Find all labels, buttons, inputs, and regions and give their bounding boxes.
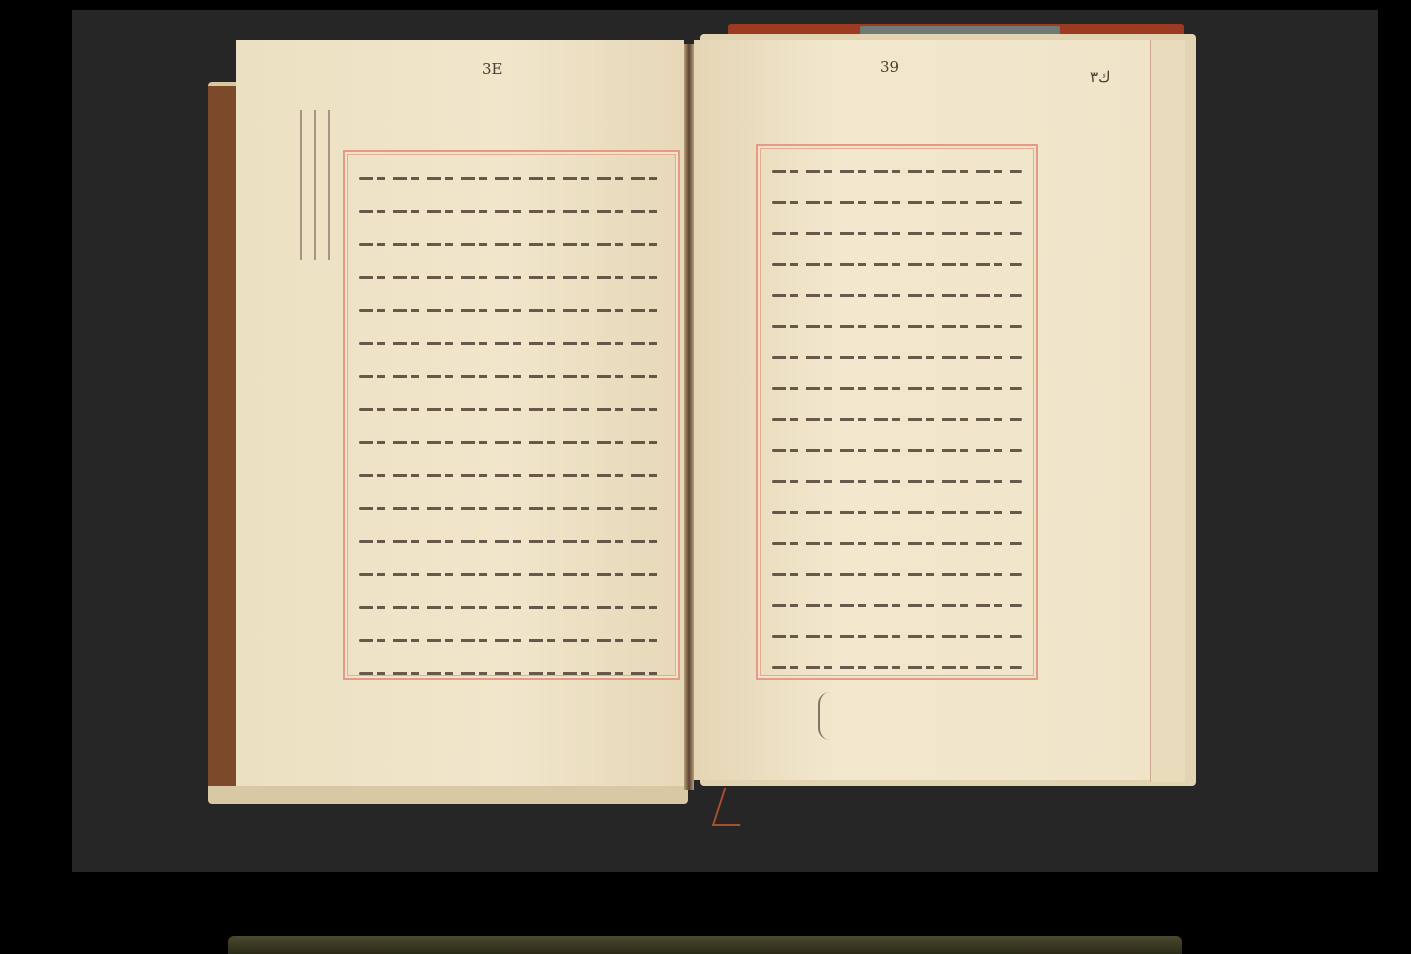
- left-stack-edge: [208, 86, 236, 786]
- manuscript-line: [359, 426, 664, 459]
- manuscript-line: [359, 492, 664, 525]
- manuscript-line: [772, 373, 1022, 404]
- manuscript-line: [359, 294, 664, 327]
- manuscript-line: [772, 280, 1022, 311]
- manuscript-line: [772, 342, 1022, 373]
- right-corner-mark: ك٣: [1090, 68, 1110, 86]
- right-text-block: [756, 144, 1038, 680]
- manuscript-line: [772, 435, 1022, 466]
- manuscript-line: [359, 591, 664, 624]
- manuscript-line: [359, 657, 664, 690]
- manuscript-line: [359, 195, 664, 228]
- left-text-lines: [359, 162, 664, 690]
- manuscript-line: [359, 261, 664, 294]
- manuscript-line: [359, 228, 664, 261]
- margin-annotation: [300, 110, 338, 260]
- manuscript-line: [772, 156, 1022, 187]
- lightbox-edge: [228, 936, 1182, 954]
- manuscript-line: [359, 525, 664, 558]
- manuscript-line: [772, 249, 1022, 280]
- manuscript-line: [772, 187, 1022, 218]
- manuscript-line: [359, 162, 664, 195]
- manuscript-line: [772, 311, 1022, 342]
- manuscript-line: [359, 459, 664, 492]
- right-page-number: 39: [880, 58, 899, 76]
- left-page-number: 3E: [482, 60, 503, 78]
- manuscript-line: [772, 652, 1022, 683]
- manuscript-line: [772, 559, 1022, 590]
- left-text-block: [343, 150, 680, 680]
- manuscript-line: [772, 466, 1022, 497]
- manuscript-line: [772, 528, 1022, 559]
- right-text-lines: [772, 156, 1022, 683]
- marginal-scribble: [818, 692, 850, 740]
- manuscript-line: [359, 624, 664, 657]
- manuscript-line: [359, 327, 664, 360]
- manuscript-line: [359, 360, 664, 393]
- manuscript-line: [772, 218, 1022, 249]
- manuscript-line: [772, 590, 1022, 621]
- book-gutter: [684, 44, 694, 790]
- manuscript-line: [772, 621, 1022, 652]
- manuscript-line: [359, 558, 664, 591]
- manuscript-line: [772, 497, 1022, 528]
- right-page-fore-edge: [1150, 40, 1185, 782]
- manuscript-line: [772, 404, 1022, 435]
- manuscript-line: [359, 393, 664, 426]
